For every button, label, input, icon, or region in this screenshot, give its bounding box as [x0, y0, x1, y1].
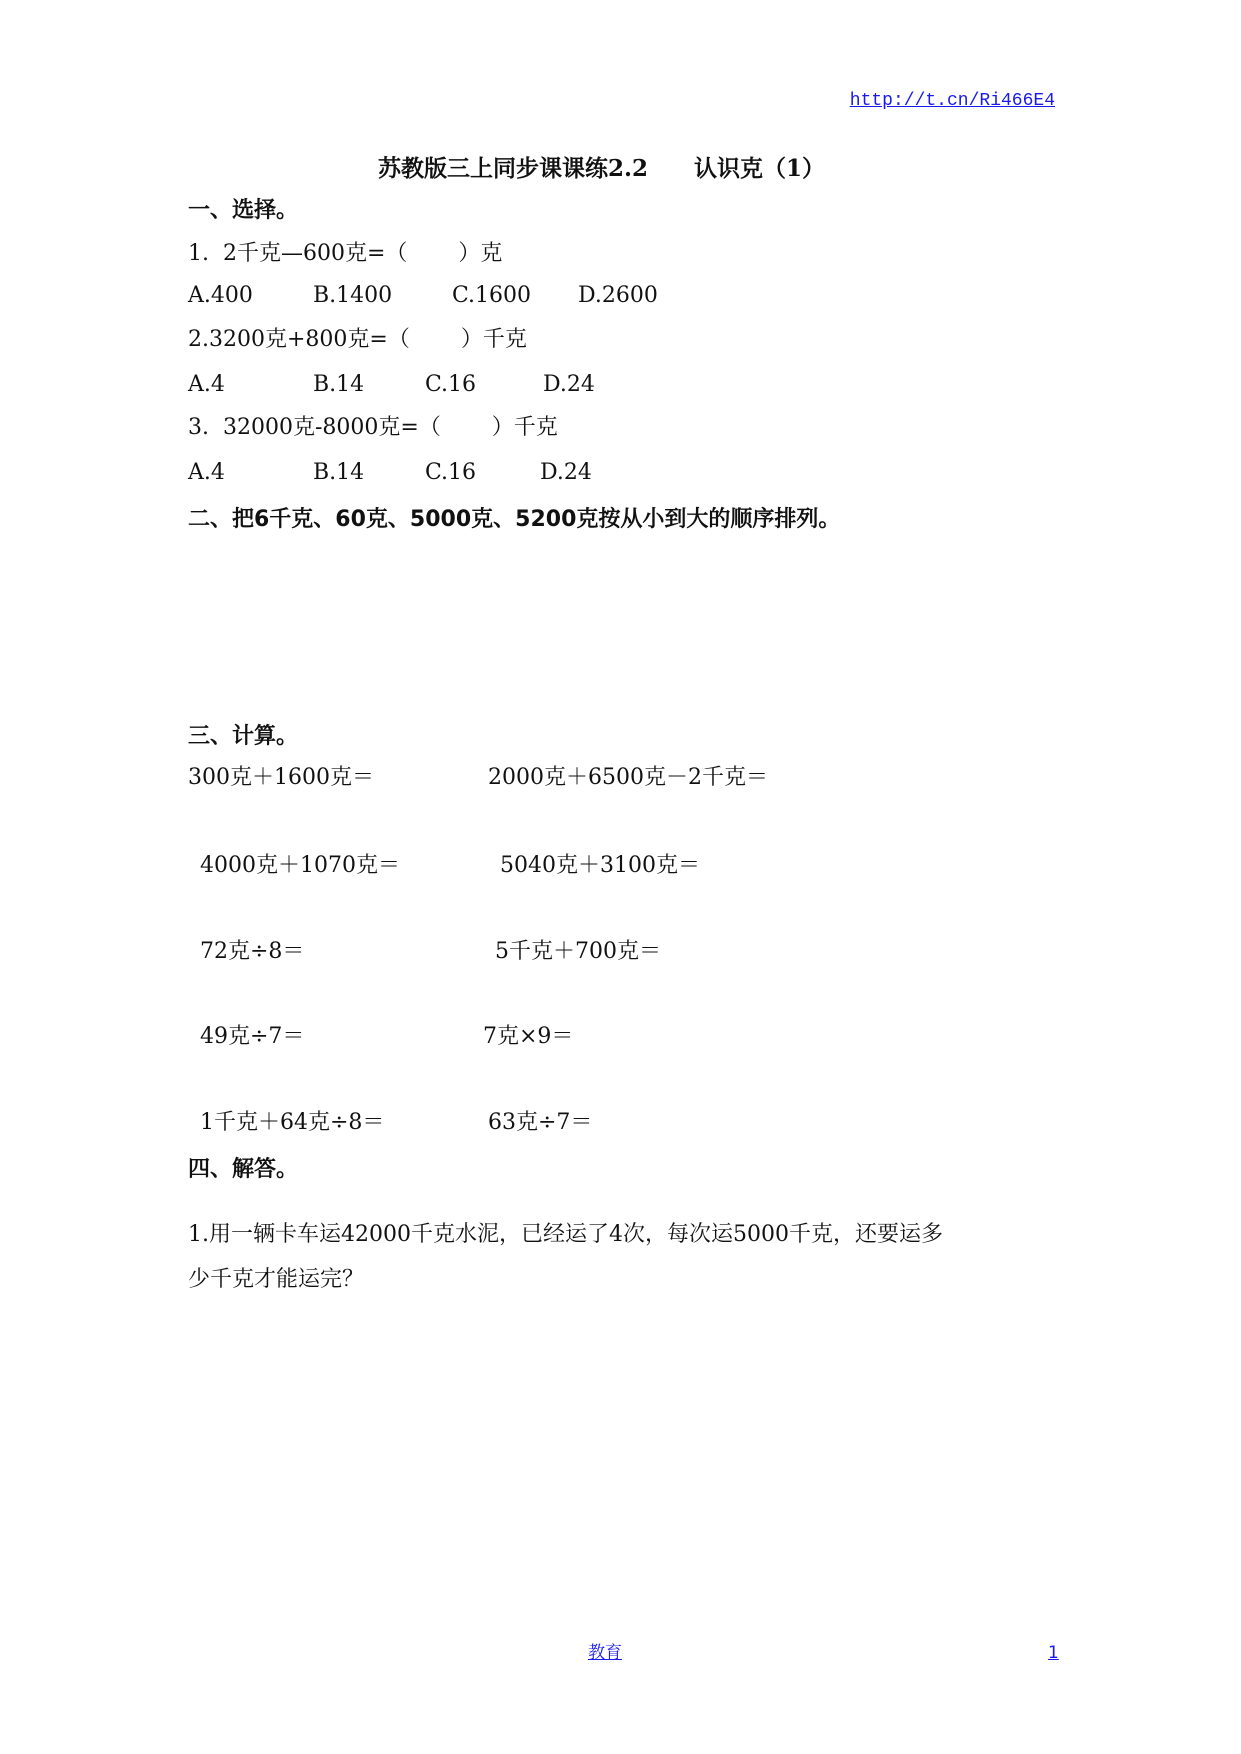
question-2-stem: 2.3200克+800克=（ ）千克 — [188, 329, 527, 351]
calc-5-left: 1千克＋64克÷8＝ — [200, 1112, 384, 1134]
header-url-link[interactable]: http://t.cn/Ri466E4 — [850, 92, 1055, 110]
section4-heading: 四、解答。 — [188, 1159, 298, 1181]
q3-option-a: A.4 — [188, 462, 225, 484]
footer-center-link[interactable]: 教育 — [588, 1645, 622, 1662]
calc-1-right: 2000克＋6500克－2千克＝ — [488, 767, 768, 789]
q1-option-b: B.1400 — [313, 285, 392, 307]
q2-option-d: D.24 — [543, 374, 595, 396]
calc-2-left: 4000克＋1070克＝ — [200, 855, 400, 877]
question-3-stem: 3. 32000克-8000克=（ ）千克 — [188, 417, 558, 439]
calc-4-right: 7克×9＝ — [483, 1026, 573, 1048]
page-title: 苏教版三上同步课课练2.2 认识克（1） — [378, 157, 825, 180]
q2-option-a: A.4 — [188, 374, 225, 396]
footer-page-number[interactable]: 1 — [1048, 1645, 1059, 1662]
calc-2-right: 5040克＋3100克＝ — [500, 855, 700, 877]
question-1-stem: 1. 2千克—600克=（ ）克 — [188, 243, 502, 265]
calc-1-left: 300克＋1600克＝ — [188, 767, 374, 789]
q1-option-a: A.400 — [188, 285, 253, 307]
section3-heading: 三、计算。 — [188, 726, 298, 748]
q3-option-c: C.16 — [425, 462, 476, 484]
q3-option-b: B.14 — [313, 462, 364, 484]
q1-option-c: C.1600 — [452, 285, 531, 307]
calc-4-left: 49克÷7＝ — [200, 1026, 304, 1048]
word-problem-line-1: 1.用一辆卡车运42000千克水泥，已经运了4次，每次运5000千克，还要运多 — [188, 1224, 943, 1246]
q1-option-d: D.2600 — [578, 285, 658, 307]
word-problem-line-2: 少千克才能运完？ — [188, 1269, 364, 1291]
calc-3-left: 72克÷8＝ — [200, 941, 304, 963]
q2-option-b: B.14 — [313, 374, 364, 396]
section2-heading: 二、把6千克、60克、5000克、5200克按从小到大的顺序排列。 — [188, 509, 840, 531]
calc-3-right: 5千克＋700克＝ — [495, 941, 661, 963]
calc-5-right: 63克÷7＝ — [488, 1112, 592, 1134]
q2-option-c: C.16 — [425, 374, 476, 396]
q3-option-d: D.24 — [540, 462, 592, 484]
section1-heading: 一、选择。 — [188, 200, 298, 222]
